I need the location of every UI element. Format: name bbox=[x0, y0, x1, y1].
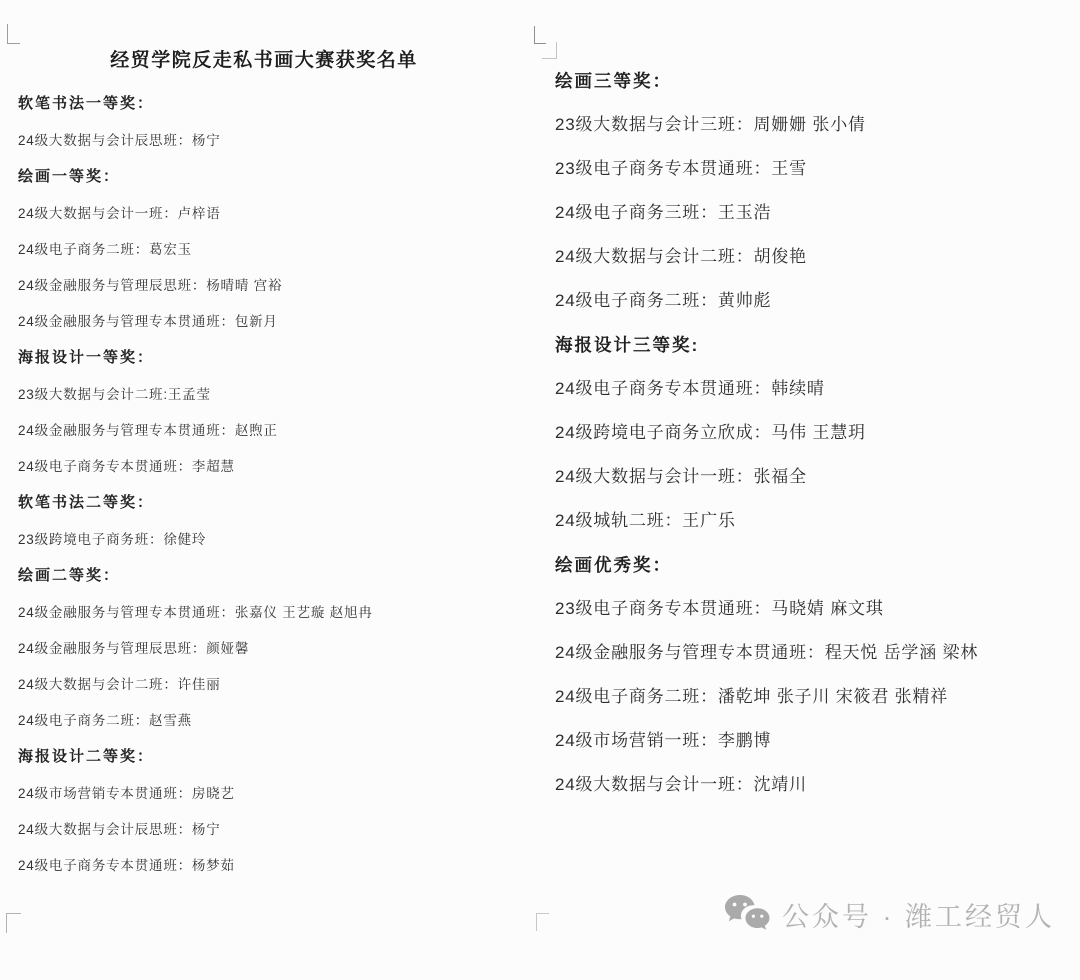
winner-entry: 24级城轨二班：王广乐 bbox=[555, 510, 1080, 532]
winner-entry: 24级电子商务二班：葛宏玉 bbox=[18, 240, 510, 259]
winner-entry: 24级电子商务专本贯通班：杨梦茹 bbox=[18, 856, 510, 875]
award-section-header: 绘画二等奖： bbox=[18, 566, 510, 586]
page-corner-mark-top-left bbox=[7, 24, 20, 44]
winner-entry: 24级大数据与会计辰思班：杨宁 bbox=[18, 820, 510, 839]
winner-entry: 24级电子商务三班：王玉浩 bbox=[555, 202, 1080, 224]
winner-entry: 24级大数据与会计一班：沈靖川 bbox=[555, 774, 1080, 796]
winner-entry: 24级金融服务与管理专本贯通班：赵煦正 bbox=[18, 421, 510, 440]
page-corner-mark-right-bottom bbox=[536, 913, 549, 931]
right-column: 绘画三等奖： 23级大数据与会计三班：周姗姗 张小倩 23级电子商务专本贯通班：… bbox=[555, 70, 1080, 818]
winner-entry: 23级大数据与会计三班：周姗姗 张小倩 bbox=[555, 114, 1080, 136]
page-corner-mark-right-top-b bbox=[542, 42, 557, 59]
page-corner-mark-bottom-left bbox=[6, 913, 21, 933]
winner-entry: 24级金融服务与管理辰思班：杨晴晴 宫裕 bbox=[18, 276, 510, 295]
award-section-header: 绘画一等奖： bbox=[18, 167, 510, 187]
award-section-header: 软笔书法二等奖： bbox=[18, 493, 510, 513]
winner-entry: 24级大数据与会计辰思班：杨宁 bbox=[18, 131, 510, 150]
award-section-header: 绘画优秀奖： bbox=[555, 554, 1080, 576]
winner-entry: 24级金融服务与管理专本贯通班：包新月 bbox=[18, 312, 510, 331]
winner-entry: 23级电子商务专本贯通班：马晓婧 麻文琪 bbox=[555, 598, 1080, 620]
winner-entry: 24级大数据与会计二班：胡俊艳 bbox=[555, 246, 1080, 268]
winner-entry: 23级电子商务专本贯通班：王雪 bbox=[555, 158, 1080, 180]
winner-entry: 24级市场营销一班：李鹏博 bbox=[555, 730, 1080, 752]
winner-entry: 24级电子商务二班：黄帅彪 bbox=[555, 290, 1080, 312]
award-section-header: 海报设计三等奖: bbox=[555, 334, 1080, 356]
winner-entry: 24级电子商务二班：赵雪燕 bbox=[18, 711, 510, 730]
award-section-header: 软笔书法一等奖： bbox=[18, 94, 510, 114]
watermark: 公众号 · 潍工经贸人 bbox=[722, 893, 1055, 935]
winner-entry: 23级大数据与会计二班:王孟莹 bbox=[18, 385, 510, 404]
award-section-header: 绘画三等奖： bbox=[555, 70, 1080, 92]
winner-entry: 24级金融服务与管理辰思班：颜娅馨 bbox=[18, 639, 510, 658]
wechat-icon bbox=[722, 893, 770, 935]
winner-entry: 24级大数据与会计二班：许佳丽 bbox=[18, 675, 510, 694]
award-section-header: 海报设计二等奖： bbox=[18, 747, 510, 767]
winner-entry: 24级市场营销专本贯通班：房晓艺 bbox=[18, 784, 510, 803]
winner-entry: 24级大数据与会计一班：卢梓语 bbox=[18, 204, 510, 223]
winner-entry: 24级电子商务专本贯通班：李超慧 bbox=[18, 457, 510, 476]
winner-entry: 24级金融服务与管理专本贯通班：张嘉仪 王艺璇 赵旭冉 bbox=[18, 603, 510, 622]
winner-entry: 24级大数据与会计一班：张福全 bbox=[555, 466, 1080, 488]
award-section-header: 海报设计一等奖： bbox=[18, 348, 510, 368]
winner-entry: 24级金融服务与管理专本贯通班：程天悦 岳学涵 梁林 bbox=[555, 642, 1080, 664]
winner-entry: 24级跨境电子商务立欣成：马伟 王慧玥 bbox=[555, 422, 1080, 444]
winner-entry: 24级电子商务专本贯通班：韩续晴 bbox=[555, 378, 1080, 400]
watermark-text: 公众号 · 潍工经贸人 bbox=[782, 895, 1055, 934]
document-title: 经贸学院反走私书画大赛获奖名单 bbox=[18, 48, 510, 74]
winner-entry: 24级电子商务二班：潘乾坤 张子川 宋筱君 张精祥 bbox=[555, 686, 1080, 708]
winner-entry: 23级跨境电子商务班：徐健玲 bbox=[18, 530, 510, 549]
left-column: 经贸学院反走私书画大赛获奖名单 软笔书法一等奖： 24级大数据与会计辰思班：杨宁… bbox=[18, 48, 510, 892]
